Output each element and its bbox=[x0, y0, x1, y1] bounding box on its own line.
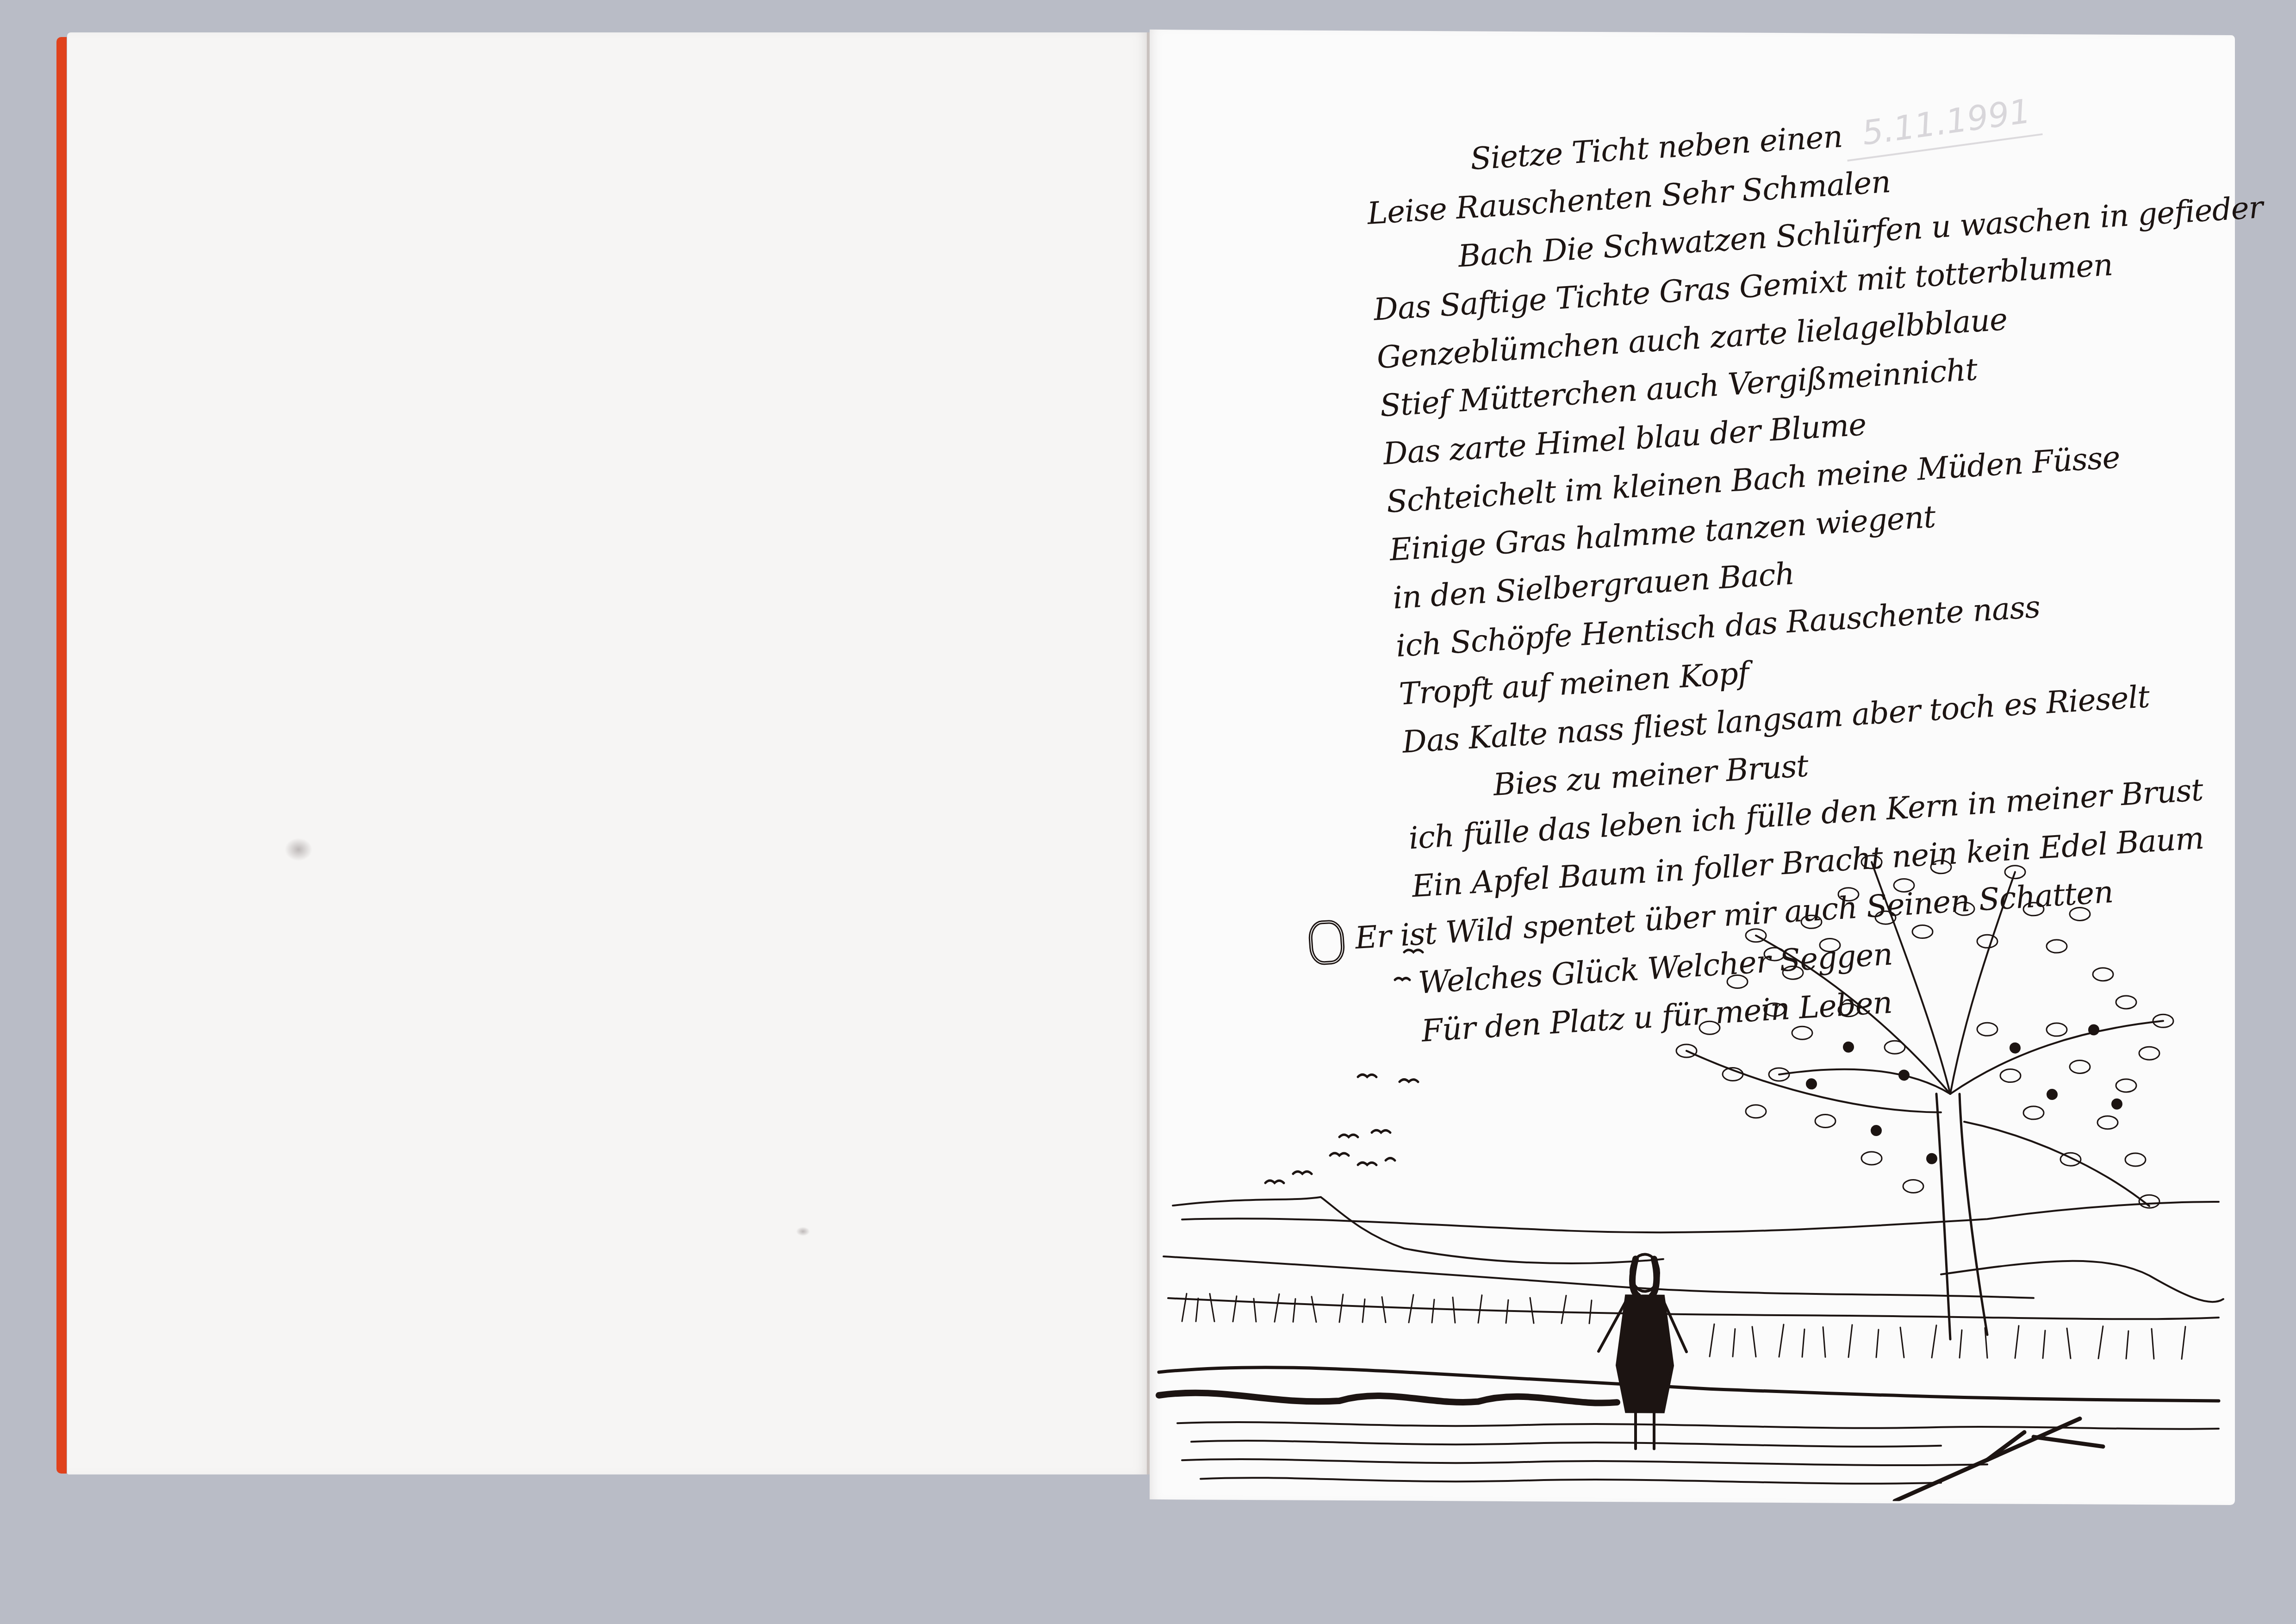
right-page: 5.11.1991 Sietze Ticht neben einen Leise… bbox=[1150, 30, 2235, 1505]
birds-icon bbox=[1265, 949, 1423, 1184]
apple-tree-trunk bbox=[1936, 1094, 1987, 1340]
grasses bbox=[1182, 1293, 2185, 1359]
water-ripples bbox=[1177, 1422, 2219, 1486]
smudge-mark bbox=[285, 838, 312, 861]
ink-landscape-drawing bbox=[1154, 831, 2228, 1503]
small-dot-mark bbox=[796, 1227, 810, 1236]
stream bbox=[1159, 1367, 2219, 1406]
fallen-branch bbox=[1895, 1418, 2103, 1502]
apples bbox=[1806, 1023, 2122, 1165]
red-binding-spine bbox=[56, 37, 67, 1474]
standing-figure bbox=[1599, 1254, 1686, 1449]
left-page bbox=[67, 32, 1148, 1474]
hills bbox=[1164, 1196, 2223, 1319]
